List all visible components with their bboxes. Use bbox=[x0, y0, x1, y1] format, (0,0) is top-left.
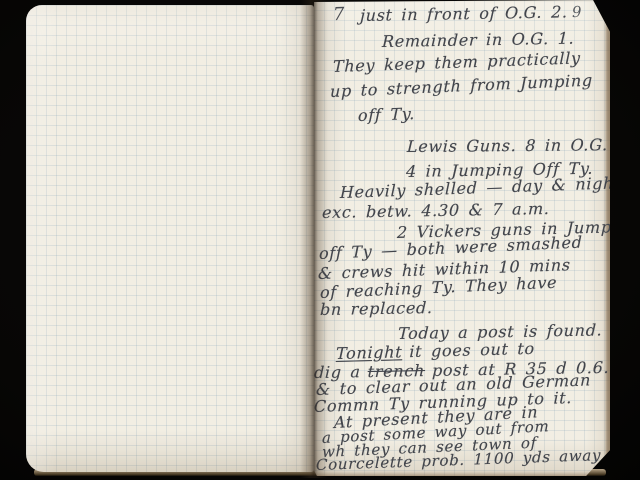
handwriting-line: off Ty. bbox=[358, 105, 415, 125]
handwriting-line: exc. betw. 4.30 & 7 a.m. bbox=[322, 200, 550, 222]
handwriting-line: bn replaced. bbox=[320, 299, 433, 319]
left-page bbox=[26, 5, 314, 472]
handwriting-line: just in front of O.G. 2. bbox=[360, 3, 568, 24]
handwriting-line: Lewis Guns. 8 in O.G. 1. bbox=[407, 136, 634, 156]
right-page: 7 9 just in front of O.G. 2. Remainder i… bbox=[314, 0, 610, 476]
underlined-word: Tonight bbox=[336, 342, 403, 363]
notebook-photo: 7 9 just in front of O.G. 2. Remainder i… bbox=[0, 0, 640, 480]
handwriting-line: up to strength from Jumping bbox=[330, 72, 593, 101]
margin-mark: 7 bbox=[333, 4, 345, 25]
handwriting-line: Remainder in O.G. 1. bbox=[382, 30, 575, 51]
page-number: 9 bbox=[572, 3, 582, 21]
handwriting-line: Heavily shelled — day & night bbox=[340, 174, 622, 201]
